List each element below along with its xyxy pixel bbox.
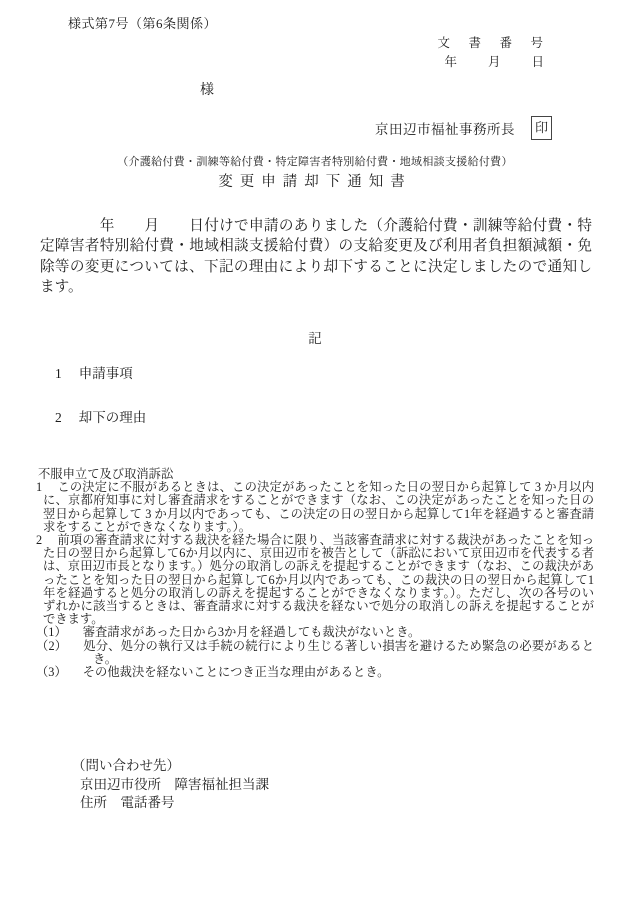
appeal-item-number: 2: [36, 533, 42, 547]
form-number: 様式第7号（第6条関係）: [68, 13, 217, 32]
appeal-notice-block: 不服申立て及び取消訴訟 1この決定に不服があるときは、この決定があったことを知っ…: [36, 468, 594, 679]
addressee-suffix: 様: [200, 79, 214, 99]
benefit-types-subtitle: （介護給付費・訓練等給付費・特定障害者特別給付費・地域相談支援給付費）: [0, 153, 630, 169]
section-number: 1: [55, 366, 62, 382]
contact-office: 京田辺市役所 障害福祉担当課: [72, 776, 269, 795]
ki-record-marker: 記: [0, 327, 630, 347]
appeal-subitem-number: （1）: [36, 625, 67, 639]
notification-body-paragraph: 年 月 日付けで申請のありました（介護給付費・訓練等給付費・特定障害者特別給付費…: [40, 216, 592, 298]
issuer-title: 京田辺市福祉事務所長: [375, 118, 515, 138]
section-rejection-reason: 2却下の理由: [55, 406, 146, 426]
appeal-item-text: この決定に不服があるときは、この決定があったことを知った日の翌日から起算して 3…: [43, 480, 594, 534]
date-blank-line: 年 月 日: [444, 52, 546, 70]
appeal-item-1: 1この決定に不服があるときは、この決定があったことを知った日の翌日から起算して …: [36, 481, 594, 534]
appeal-item-text: 前項の審査請求に対する裁決を経た場合に限り、当該審査請求に対する裁決があったこと…: [43, 533, 594, 626]
contact-address-phone: 住所 電話番号: [72, 794, 269, 813]
appeal-subitem-number: （3）: [36, 665, 67, 679]
contact-heading: （問い合わせ先）: [72, 757, 269, 776]
contact-block: （問い合わせ先） 京田辺市役所 障害福祉担当課 住所 電話番号: [72, 757, 269, 813]
appeal-subitem-text: 処分、処分の執行又は手続の続行により生じる著しい損害を避けるため緊急の必要がある…: [83, 639, 594, 666]
section-application-details: 1申請事項: [55, 362, 133, 382]
section-label: 却下の理由: [79, 410, 147, 425]
section-number: 2: [55, 410, 62, 426]
appeal-subitem-2: （2）処分、処分の執行又は手続の続行により生じる著しい損害を避けるため緊急の必要…: [36, 640, 594, 666]
document-title: 変更申請却下通知書: [0, 170, 630, 191]
appeal-subitem-3: （3）その他裁決を経ないことにつき正当な理由があるとき。: [36, 666, 594, 679]
appeal-item-2: 2前項の審査請求に対する裁決を経た場合に限り、当該審査請求に対する裁決があったこ…: [36, 534, 594, 626]
document-page: 様式第7号（第6条関係） 文 書 番 号 年 月 日 様 京田辺市福祉事務所長 …: [0, 0, 630, 915]
appeal-item-number: 1: [36, 480, 42, 494]
appeal-subitem-text: 審査請求があった日から3か月を経過しても裁決がないとき。: [83, 625, 421, 639]
appeal-subitem-text: その他裁決を経ないことにつき正当な理由があるとき。: [83, 665, 390, 679]
issuer-line: 京田辺市福祉事務所長 印: [375, 116, 552, 140]
seal-stamp-box: 印: [531, 116, 552, 140]
appeal-subitem-number: （2）: [36, 639, 67, 653]
section-label: 申請事項: [79, 366, 133, 381]
document-number-label: 文 書 番 号: [437, 33, 546, 51]
